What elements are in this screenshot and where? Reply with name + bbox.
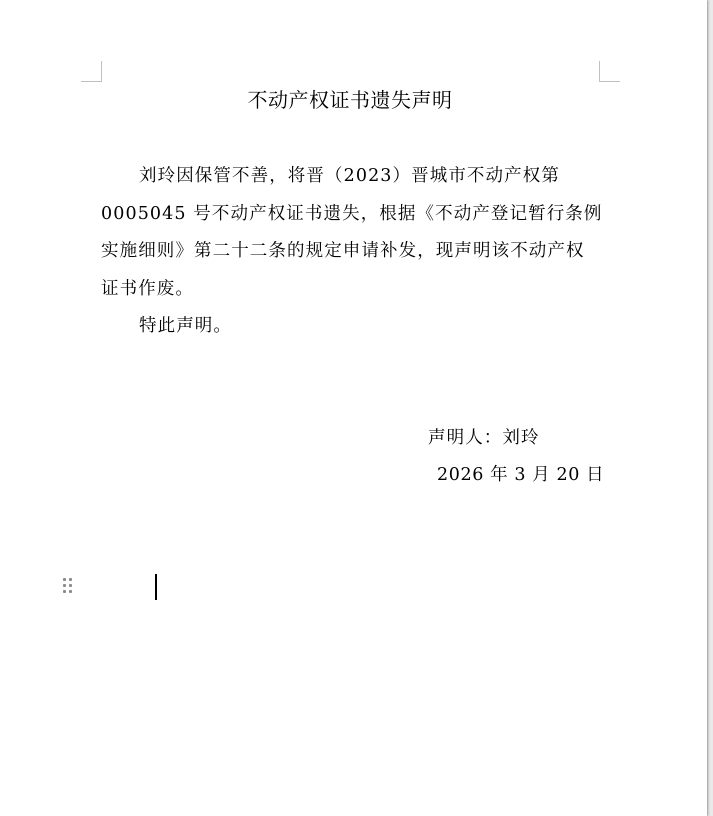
body-line-4[interactable]: 证书作废。 (101, 271, 601, 309)
body-line-3[interactable]: 实施细则》第二十二条的规定申请补发，现声明该不动产权 (101, 233, 601, 271)
editor-viewport: 不动产权证书遗失声明 刘玲因保管不善，将晋（2023）晋城市不动产权第 0005… (0, 0, 713, 816)
margin-corner-mark-top-right (599, 61, 620, 82)
body-line-1[interactable]: 刘玲因保管不善，将晋（2023）晋城市不动产权第 (101, 158, 601, 196)
signer-line[interactable]: 声明人：刘玲 (428, 420, 540, 458)
text-caret (155, 574, 157, 600)
drag-handle-icon[interactable] (63, 578, 73, 594)
document-title[interactable]: 不动产权证书遗失声明 (101, 86, 599, 114)
body-line-2[interactable]: 0005045 号不动产权证书遗失，根据《不动产登记暂行条例 (101, 196, 601, 234)
document-page[interactable]: 不动产权证书遗失声明 刘玲因保管不善，将晋（2023）晋城市不动产权第 0005… (0, 0, 707, 816)
margin-corner-mark-top-left (81, 61, 102, 82)
document-body[interactable]: 刘玲因保管不善，将晋（2023）晋城市不动产权第 0005045 号不动产权证书… (101, 158, 601, 346)
closing-statement[interactable]: 特此声明。 (101, 308, 601, 346)
date-line[interactable]: 2026 年 3 月 20 日 (437, 457, 604, 495)
